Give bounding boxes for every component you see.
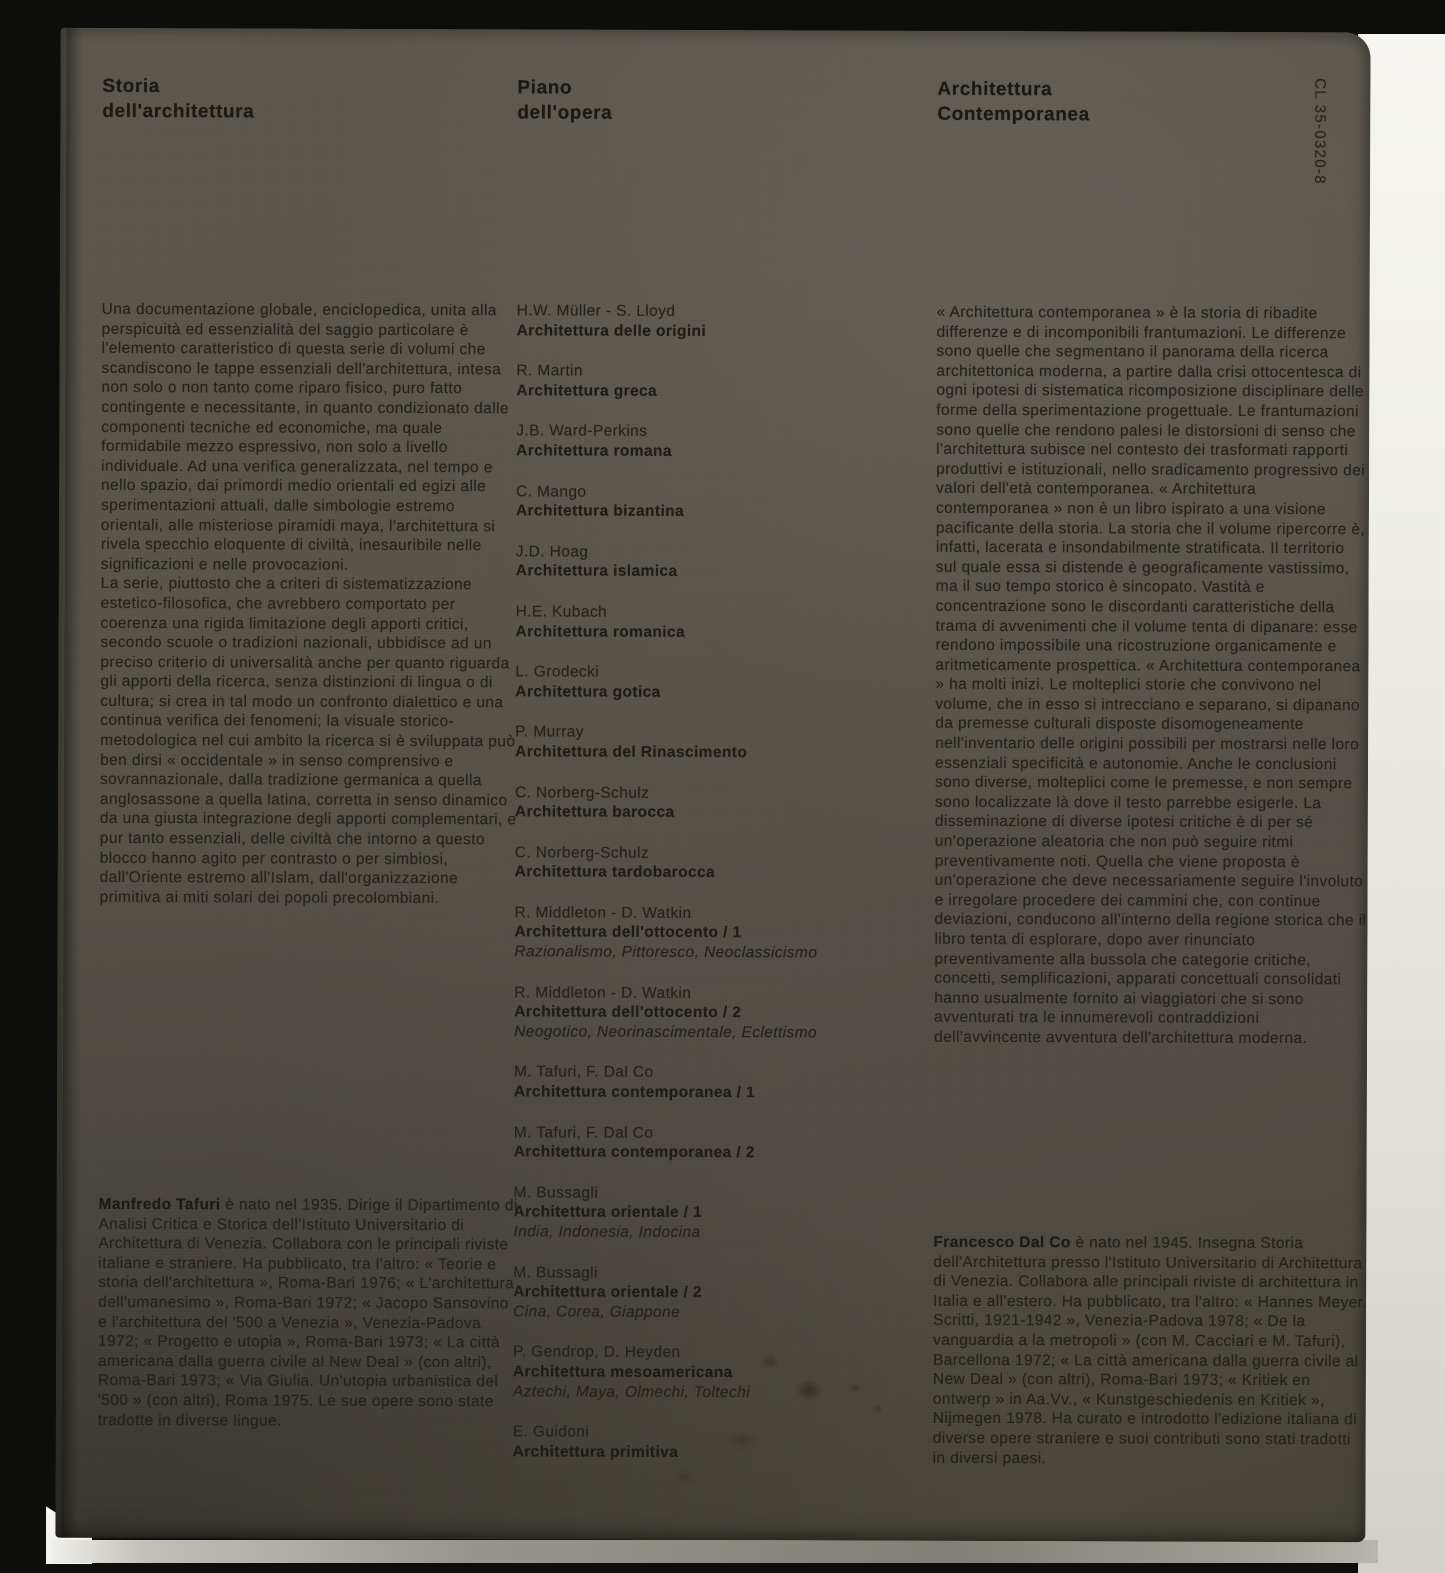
entry-subtitle: Aztechi, Maya, Olmechi, Toltechi: [513, 1382, 915, 1403]
entry-title: Architettura orientale / 2: [513, 1282, 915, 1303]
catalog-code: CL 35-0320-8: [1311, 78, 1328, 185]
entry-author: P. Gendrop, D. Heyden: [513, 1343, 915, 1364]
entry-subtitle: Cina, Corea, Giappone: [513, 1302, 915, 1323]
entry-title: Architettura contemporanea / 2: [514, 1143, 916, 1164]
entry-title: Architettura mesoamericana: [513, 1362, 915, 1383]
series-title-line2: dell'architettura: [102, 99, 522, 125]
book-page-edges: [52, 1540, 1378, 1563]
author-bio-dalco-text: è nato nel 1945. Insegna Storia dell'Arc…: [933, 1234, 1367, 1466]
volume-title-line2: Contemporanea: [937, 102, 1371, 129]
entry-subtitle: Razionalismo, Pittoresco, Neoclassicismo: [514, 942, 916, 963]
entry-title: Architettura bizantina: [516, 501, 918, 522]
entry-title: Architettura islamica: [516, 562, 918, 583]
entry-author: J.B. Ward-Perkins: [516, 422, 918, 443]
series-paragraph-1: Una documentazione globale, enciclopedic…: [101, 300, 522, 576]
entry-author: R. Middleton - D. Watkin: [514, 983, 916, 1004]
entry-title: Architettura delle origini: [517, 321, 919, 342]
book-list: H.W. Müller - S. Lloyd Architettura dell…: [513, 301, 919, 1484]
book-entry: R. Martin Architettura greca: [516, 361, 918, 402]
entry-author: J.D. Hoag: [516, 542, 918, 563]
entry-title: Architettura orientale / 1: [513, 1203, 915, 1224]
plan-title-line2: dell'opera: [517, 100, 919, 126]
book-back-cover: Storia dell'architettura Piano dell'oper…: [55, 28, 1370, 1543]
volume-description: « Architettura contemporanea » è la stor…: [934, 303, 1371, 1049]
entry-author: H.E. Kubach: [516, 602, 918, 623]
book-entry: L. Grodecki Architettura gotica: [515, 662, 917, 703]
book-entry: C. Norberg-Schulz Architettura tardobaro…: [515, 843, 917, 884]
entry-title: Architettura barocca: [515, 802, 917, 823]
entry-title: Architettura romana: [516, 441, 918, 462]
book-entry: R. Middleton - D. Watkin Architettura de…: [514, 983, 916, 1043]
book-entry: R. Middleton - D. Watkin Architettura de…: [514, 903, 916, 963]
series-title-line1: Storia: [102, 74, 522, 100]
entry-author: M. Tafuri, F. Dal Co: [514, 1123, 916, 1144]
book-entry: J.B. Ward-Perkins Architettura romana: [516, 422, 918, 463]
book-entry: M. Tafuri, F. Dal Co Architettura contem…: [514, 1123, 916, 1164]
book-entry: M. Bussagli Architettura orientale / 2 C…: [513, 1263, 915, 1323]
author-bio-tafuri-text: è nato nel 1935. Dirige il Dipartimento …: [98, 1196, 518, 1429]
entry-author: E. Guidoni: [513, 1422, 915, 1443]
volume-title-line1: Architettura: [937, 77, 1371, 104]
entry-author: C. Mango: [516, 482, 918, 503]
entry-title: Architettura dell'ottocento / 1: [514, 923, 916, 944]
book-entry: H.E. Kubach Architettura romanica: [515, 602, 917, 643]
entry-author: R. Middleton - D. Watkin: [515, 903, 917, 924]
entry-author: M. Bussagli: [514, 1183, 916, 1204]
volume-paragraph: « Architettura contemporanea » è la stor…: [934, 303, 1371, 1049]
book-entry: P. Gendrop, D. Heyden Architettura mesoa…: [513, 1343, 915, 1403]
book-entry: H.W. Müller - S. Lloyd Architettura dell…: [517, 301, 919, 342]
volume-title: Architettura Contemporanea: [937, 77, 1371, 129]
entry-author: C. Norberg-Schulz: [515, 783, 917, 804]
book-entry: M. Tafuri, F. Dal Co Architettura contem…: [514, 1063, 916, 1104]
book-entry: J.D. Hoag Architettura islamica: [516, 542, 918, 583]
photo-backdrop: Storia dell'architettura Piano dell'oper…: [0, 0, 1445, 1573]
author-bio-tafuri: Manfredo Tafuri è nato nel 1935. Dirige …: [98, 1195, 519, 1432]
entry-author: L. Grodecki: [515, 662, 917, 683]
book-entry: E. Guidoni Architettura primitiva: [513, 1422, 915, 1463]
book-entry: C. Mango Architettura bizantina: [516, 482, 918, 523]
entry-title: Architettura contemporanea / 1: [514, 1082, 916, 1103]
entry-title: Architettura tardobarocca: [515, 863, 917, 884]
spine-hinge-shadow: [61, 28, 82, 1538]
entry-author: C. Norberg-Schulz: [515, 843, 917, 864]
entry-author: H.W. Müller - S. Lloyd: [517, 301, 919, 322]
entry-title: Architettura greca: [516, 381, 918, 402]
series-title: Storia dell'architettura: [102, 74, 522, 125]
entry-author: M. Tafuri, F. Dal Co: [514, 1063, 916, 1084]
entry-subtitle: India, Indonesia, Indocina: [513, 1222, 915, 1243]
entry-author: R. Martin: [516, 361, 918, 382]
entry-author: P. Murray: [515, 723, 917, 744]
series-description: Una documentazione globale, enciclopedic…: [100, 300, 522, 909]
entry-title: Architettura romanica: [515, 622, 917, 643]
entry-subtitle: Neogotico, Neorinascimentale, Eclettismo: [514, 1022, 916, 1043]
book-entry: P. Murray Architettura del Rinascimento: [515, 723, 917, 764]
book-entry: C. Norberg-Schulz Architettura barocca: [515, 783, 917, 824]
author-name-dalco: Francesco Dal Co: [933, 1234, 1070, 1251]
plan-title-line1: Piano: [517, 75, 919, 101]
series-paragraph-2: La serie, piuttosto che a criteri di sis…: [100, 574, 521, 909]
entry-title: Architettura del Rinascimento: [515, 742, 917, 763]
entry-title: Architettura gotica: [515, 682, 917, 703]
plan-title: Piano dell'opera: [517, 75, 919, 126]
author-bio-dalco: Francesco Dal Co è nato nel 1945. Insegn…: [933, 1233, 1368, 1470]
entry-title: Architettura primitiva: [513, 1442, 915, 1463]
book-entry: M. Bussagli Architettura orientale / 1 I…: [513, 1183, 915, 1243]
background-paper-right: [1358, 34, 1445, 1573]
entry-title: Architettura dell'ottocento / 2: [514, 1003, 916, 1024]
entry-author: M. Bussagli: [513, 1263, 915, 1284]
author-name-tafuri: Manfredo Tafuri: [99, 1196, 221, 1213]
